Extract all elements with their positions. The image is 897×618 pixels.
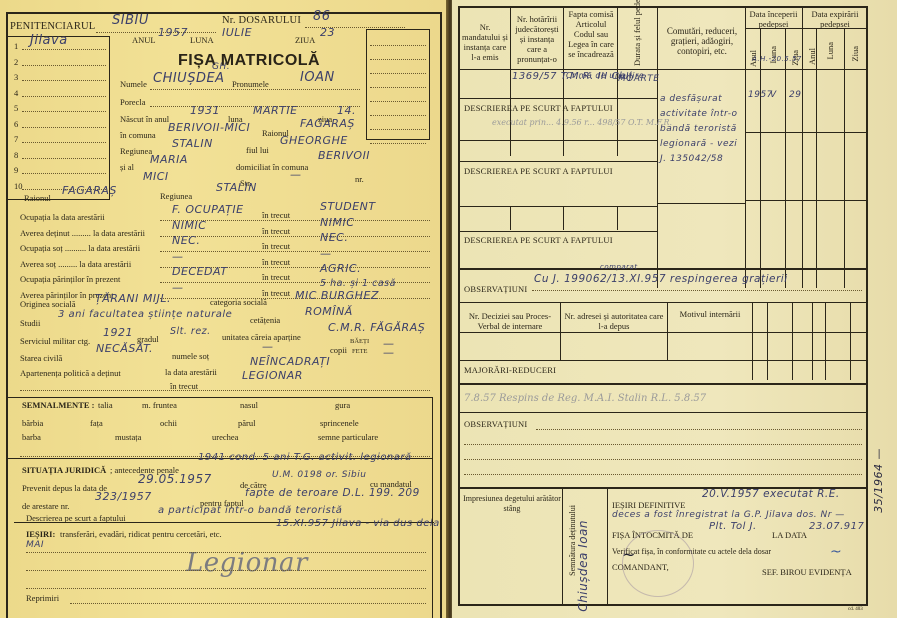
nascut-label: Născut în anul (120, 114, 169, 124)
header-ziua-2: Ziua (850, 46, 860, 62)
header-note: A.H.-20.5.57 (752, 55, 802, 63)
descriere-label-2: DESCRIEREA PE SCURT A FAPTULUI (464, 166, 613, 176)
domiciliu-comuna: BERIVOII (318, 149, 370, 162)
juridica-title: SITUAȚIA JURIDICĂ (22, 465, 106, 475)
header-fapta: Fapta comisă Articolul Codul sau Legea î… (565, 9, 617, 59)
initiala-tata: GH. (212, 62, 230, 72)
apartenenta-label: Apartenența politică a deținut (20, 368, 121, 378)
fingerprint-label: Impresiunea degetului arătător stâng (462, 494, 562, 514)
descriere-value: a participat într-o bandă teroristă (158, 505, 342, 516)
semnalment-label: sprincenele (320, 418, 359, 428)
catre-value: U.M. 0198 or. Sibiu (272, 470, 366, 480)
header-anul-2: Anul (807, 48, 817, 65)
pronumele-label: Pronumele (232, 79, 269, 89)
sef-birou-label: SEF. BIROU EVIDENȚA (762, 567, 852, 577)
regiunea-value: STALIN (172, 137, 213, 150)
descriere-label-3: DESCRIEREA PE SCURT A FAPTULUI (464, 235, 613, 245)
detail-trecut-label: în trecut (262, 226, 290, 236)
detail-trecut-label: în trecut (262, 210, 290, 220)
luna-label: LUNA (190, 35, 214, 45)
militar-label: Serviciul militar ctg. (20, 336, 90, 346)
header-hotarire: Nr. hotărîrii judecătorești și instanța … (512, 14, 562, 64)
detail-label: Ocupația părinților în prezent (20, 274, 120, 284)
sot-value: — (262, 340, 274, 353)
header-adresa: Nr. adresei și autoritatea care l-a depu… (562, 311, 666, 331)
commander-signature: ~ (622, 545, 636, 564)
dosar-label: Nr. DOSARULUI (222, 15, 301, 26)
side-number: 35/1964 — (872, 448, 885, 513)
anul-value: 1957 (158, 26, 188, 39)
studii-value: 3 ani facultatea științe naturale (58, 309, 232, 320)
row1-inceperi-luna: V (770, 90, 777, 100)
detail-value: NIMIC (172, 219, 206, 232)
detail-trecut-value: AGRIC. (320, 262, 361, 275)
regiunea-label: Regiunea (120, 146, 152, 156)
penitenciar-label: PENITENCIARUL (10, 21, 95, 32)
regiune2-label: Regiunea (160, 191, 192, 201)
location-number: 2 (14, 57, 18, 67)
location-number: 9 (14, 165, 18, 175)
nascut-luna: MARTIE (253, 104, 298, 117)
page-title: FIȘA MATRICOLĂ (178, 52, 320, 70)
row1-inceperi-ziua: 29 (789, 90, 801, 100)
grad-value: Slt. rez. (170, 326, 211, 337)
militar-ctg: 1921 (103, 326, 133, 339)
fete-value: — (383, 346, 395, 359)
header-inceperi: Data începerii pedepsei (745, 9, 802, 29)
apartenenta-trecut-value: LEGIONAR (242, 369, 303, 382)
detail-value: — (172, 250, 184, 263)
detail-value: F. OCUPAȚIE (172, 203, 244, 216)
location-number: 3 (14, 72, 18, 82)
pronumele-value: IOAN (300, 70, 335, 85)
observatii-label: OBSERVAȚIUNI (464, 284, 527, 294)
fisa-matricola-front: PENITENCIARUL SIBIU Nr. DOSARULUI 86 ANU… (0, 0, 448, 618)
detail-value: — (172, 281, 184, 294)
porecla-label: Porecla (120, 97, 146, 107)
detail-trecut-value: — (320, 247, 332, 260)
detail-trecut-label: în trecut (262, 241, 290, 251)
detail-trecut-value: NIMIC (320, 216, 354, 229)
intocmita-value: Plt. Tol J. (709, 521, 757, 532)
categoria-label: categoria socială (210, 297, 267, 307)
fete-label: FETE (352, 348, 368, 355)
semnalment-label: bărbia (22, 418, 43, 428)
detail-trecut-label: în trecut (262, 272, 290, 282)
detainee-signature: Chiușdea Ioan (576, 520, 590, 612)
arestare-nr-value: 323/1957 (95, 490, 152, 503)
tata-value: GHEORGHE (280, 134, 348, 147)
ziua-value: 23 (320, 26, 335, 39)
location-number: 7 (14, 134, 18, 144)
numele-value: CHIUȘDEA (153, 71, 225, 86)
regiune2-value: STALIN (216, 181, 257, 194)
la-data-value: 23.07.917 (809, 521, 864, 532)
header-decizie: Nr. Deciziei sau Proces-Verbal de intern… (460, 311, 560, 331)
raion2-value: FAGARAȘ (62, 184, 117, 197)
ziua-label: ZIUA (295, 35, 315, 45)
comuna-value: BERIVOII-MICI (168, 121, 250, 134)
copii-label: copii (330, 345, 347, 355)
si-al-label: și al (120, 162, 134, 172)
origine-value: ȚĂRANI MIJL. (95, 292, 171, 305)
detail-trecut-value: STUDENT (320, 200, 376, 213)
detail-label: Averea soț ......... la data arestării (20, 259, 131, 269)
iesiri-title: IEȘIRI: (26, 529, 55, 539)
detail-trecut-label: în trecut (262, 288, 290, 298)
header-comutari: Comutări, reduceri, grațieri, adăogiri, … (659, 26, 745, 56)
nascut-ziua: 14. (337, 104, 356, 117)
header-motiv: Motivul internării (669, 309, 751, 319)
str-value: — (290, 168, 302, 181)
header-luna-2: Luna (825, 42, 835, 59)
penitenciar-value: SIBIU (112, 13, 149, 28)
domiciliu-cont: MICI (143, 170, 169, 183)
semnalment-label: fața (90, 418, 103, 428)
location-number: 1 (14, 41, 18, 51)
location-value: Jilava (30, 33, 68, 48)
iesiri-label: transferări, evadări, ridicat pentru cer… (60, 529, 222, 539)
semnalment-label: m. fruntea (142, 400, 177, 410)
descriere-label-1: DESCRIEREA PE SCURT A FAPTULUI (464, 103, 613, 113)
origine-label: Originea socială (20, 299, 75, 309)
header-mandat: Nr. mandatului și instanța care l-a emis (460, 22, 510, 62)
antecedente-value: 1941 cond. 5 ani T.G. activit. legionară (198, 452, 412, 463)
majorari-value: 7.8.57 Respins de Reg. M.A.I. Stalin R.L… (464, 393, 706, 404)
detail-label: Ocupația la data arestării (20, 212, 105, 222)
observatii-value: Cu J. 199062/13.XI.957 respingerea grați… (534, 273, 788, 285)
detail-value: DECEDAT (172, 265, 227, 278)
apartenenta-arestare-label: la data arestării (165, 367, 217, 377)
sot-label: numele soț (172, 351, 209, 361)
stare-civila-value: NECĂSĂT. (96, 342, 153, 355)
detail-label: Ocupația soț .......... la data arestări… (20, 243, 140, 253)
semnalment-label: semne particulare (318, 432, 378, 442)
semnalment-label: mustața (115, 432, 141, 442)
detail-trecut-label: în trecut (262, 257, 290, 267)
detail-trecut-value: NEC. (320, 231, 348, 244)
iesiri-definitive-label: IEȘIRI DEFINITIVE (612, 500, 685, 510)
semnalment-label: nasul (240, 400, 258, 410)
stare-civila-label: Starea civilă (20, 353, 62, 363)
location-number: 8 (14, 150, 18, 160)
row1-comutari: a desfășurat activitate într-o bandă ter… (660, 92, 744, 167)
dosar-value: 86 (313, 9, 331, 24)
cetatenia-label: cetățenia (250, 315, 280, 325)
location-number: 6 (14, 119, 18, 129)
semnalment-label: talia (98, 400, 113, 410)
fisa-matricola-back: Nr. mandatului și instanța care l-a emis… (452, 0, 897, 618)
categoria-value: MIC BURGHEZ (295, 289, 379, 302)
comuna-label: în comuna (120, 130, 156, 140)
mama-value: MARIA (150, 153, 188, 166)
raionul-value: FAGARAȘ (300, 117, 355, 130)
reprimiri-label: Reprimiri (26, 593, 59, 603)
numele-label: Numele (120, 79, 147, 89)
la-data-label: LA DATA (772, 530, 807, 540)
unitate-value: C.M.R. FĂGĂRAȘ (328, 321, 425, 334)
nr-label: nr. (355, 174, 364, 184)
fapt-value: fapte de teroare D.L. 199. 209 (245, 487, 420, 499)
apartenenta-arestare-value: NEÎNCADRAȚI (250, 355, 330, 368)
iesiri-value: 15.XI.957 Jilava - via dus dela (276, 518, 440, 529)
baieti-label: BĂEȚI (350, 338, 369, 345)
descriere-faded: executat prin... 4.9.56 r... 498/57 O.T.… (492, 118, 672, 127)
row1-durata: MOARTE (618, 74, 659, 84)
detail-value: NEC. (172, 234, 200, 247)
location-number: 4 (14, 88, 18, 98)
form-code: cd. 403 (848, 607, 863, 612)
cetatenia-value: ROMÎNĂ (305, 305, 353, 318)
iesiri-definitive-value: 20.V.1957 executat R.E. (702, 488, 840, 500)
location-number: 5 (14, 103, 18, 113)
iesiri-definitive-value2: deces a fost înregistrat la G.P. Jilava … (612, 510, 845, 520)
luna-value: IULIE (222, 26, 252, 39)
raion2-label: Raionul (24, 193, 51, 203)
studii-label: Studii (20, 318, 40, 328)
detail-trecut-value: 5 ha. și 1 casă (320, 278, 396, 289)
locations-box (6, 36, 110, 200)
semnalment-label: urechea (212, 432, 238, 442)
sef-signature: ~ (830, 544, 842, 560)
arestare-nr-label: de arestare nr. (22, 501, 69, 511)
semnalment-label: barba (22, 432, 41, 442)
prevenit-data: 29.05.1957 (138, 472, 212, 486)
observatii2-label: OBSERVAȚIUNI (464, 419, 527, 429)
semnalment-label: gura (335, 400, 350, 410)
header-durata: Durata și felul pedepsei (632, 22, 642, 66)
anul-label: ANUL (132, 35, 156, 45)
header-expirari: Data expirării pedepsei (802, 9, 868, 29)
nascut-an: 1931 (190, 104, 220, 117)
majorari-label: MAJORĂRI-REDUCERI (464, 365, 556, 375)
semnalment-label: părul (238, 418, 255, 428)
iesiri-value2: MAI (26, 540, 44, 550)
semnalment-label: ochii (160, 418, 177, 428)
observatii-note: comparat (600, 263, 638, 271)
semnalmente-title: SEMNALMENTE : (22, 400, 95, 410)
detail-label: Averea deținut ......... la data arestăr… (20, 228, 145, 238)
fiul-label: fiul lui (246, 145, 269, 155)
